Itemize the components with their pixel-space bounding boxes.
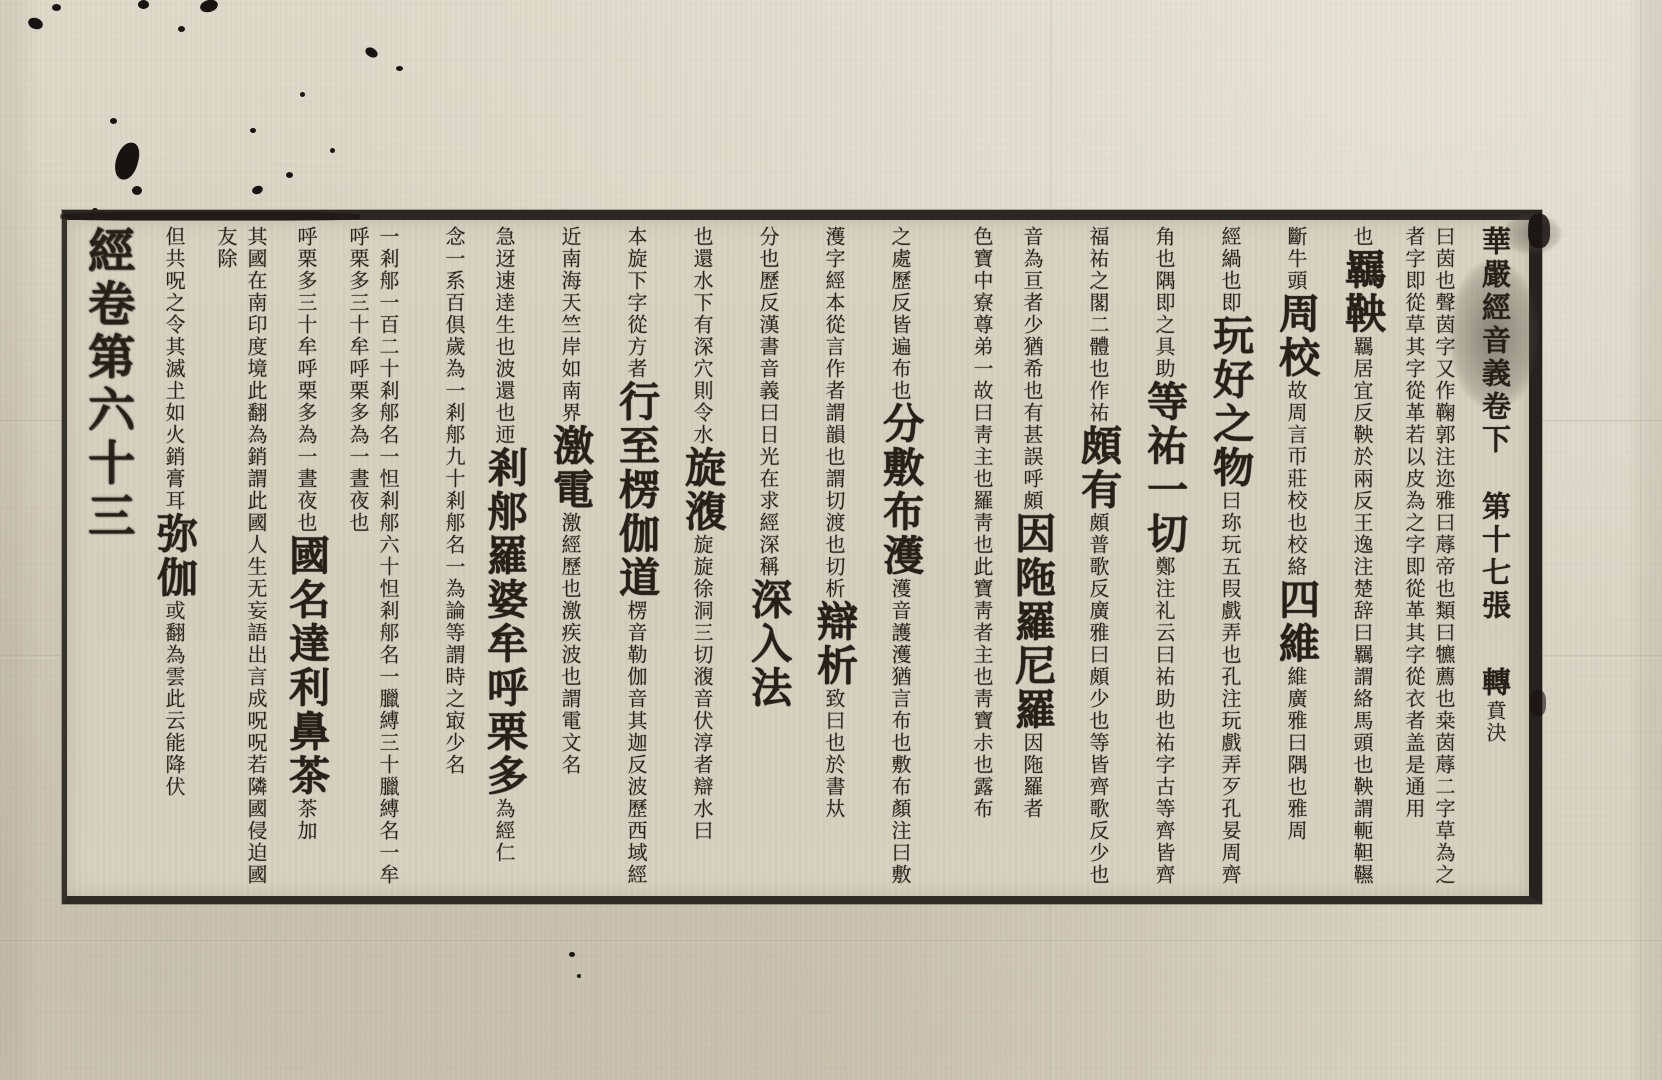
text-column: 音為亘者少猶希也有甚誤呼頗因陁羅尼羅因陁羅者 <box>1001 226 1063 892</box>
page-edge-line <box>1640 0 1643 1080</box>
annotation-text: 福祐之閣二體也作祐 <box>1086 226 1110 424</box>
text-column: 曰茵也聲茵字又作鞠郭注迩雅曰蓐帝也類曰犥薦也桒茵蓐二字草為之者字即從草其字從革若… <box>1397 226 1459 892</box>
entry-headword: 深入法 <box>744 578 792 710</box>
sheet-title-text: 轉 <box>1478 667 1512 700</box>
entry-headword: 周校 <box>1272 292 1320 380</box>
ink-spot <box>569 952 575 957</box>
ink-spot <box>110 118 117 124</box>
annotation-text: 斷牛頭 <box>1284 226 1308 292</box>
ink-spot <box>396 66 403 71</box>
annotation-text: 本旋下字從方者 <box>624 226 648 380</box>
text-column: 之處歷反皆遍布也分敷布濩濩音護濩猶言布也敷布顏注曰敷故譯俗別如露 <box>869 226 931 892</box>
entry-headword: 玩好之物 <box>1206 314 1254 490</box>
annotation-text: 也還水下有深穴則令水 <box>690 226 714 446</box>
ink-spot <box>330 148 335 153</box>
text-column: 斷牛頭周校故周言帀莊校也校絡四維維廣雅曰隅也雅周 <box>1265 226 1327 892</box>
entry-headword: 國名達利鼻茶 <box>282 534 330 798</box>
entry-headword: 激電 <box>546 424 594 512</box>
column-gap <box>1494 457 1496 491</box>
ink-spot <box>199 0 219 14</box>
scanned-page: { "page": { "kind": "woodblock-printed g… <box>0 0 1662 1080</box>
entry-headword: 剎郍羅婆牟呼栗多 <box>480 446 528 798</box>
text-column: 其國在南印度境此翻為銷謂此國人生无妄語出言成呪呪若隣國侵迫國友除 <box>209 226 271 892</box>
text-column: 也羈鞅羈居宜反鞅於兩反王逸注楚辞曰羈謂絡馬頭也鞅謂軛靼韅於馬逆迊 <box>1331 226 1393 892</box>
ink-spot <box>364 45 380 59</box>
entry-headword: 羈鞅 <box>1338 248 1386 336</box>
text-columns: 華嚴經音義卷下第十七張轉賁決曰茵也聲茵字又作鞠郭注迩雅曰蓐帝也類曰犥薦也桒茵蓐二… <box>71 226 1525 892</box>
annotation-text: 茶加 <box>294 798 318 842</box>
text-column: 福祐之閣二體也作祐頗有頗普歌反廣雅曰頗少也等皆齊歌反少也廣 <box>1067 226 1129 892</box>
annotation-text: 近南海天竺岸如南界 <box>558 226 582 424</box>
entry-headword: 行至楞伽道 <box>612 380 660 600</box>
text-column: 念一系百倶歲為一剎郍九十剎郍名一為論等謂時之㝡少名 <box>407 226 469 892</box>
entry-headword: 旋澓 <box>678 446 726 534</box>
annotation-text: 音為亘者少猶希也有甚誤呼頗 <box>1020 226 1044 512</box>
text-column: 近南海天竺岸如南界激電激經歷也激疾波也謂電文名 <box>539 226 601 892</box>
annotation-text: 致曰也於書夶 <box>822 688 846 820</box>
annotation-text: 旋旋徐洞三切澓音伏淳者辯水曰 <box>690 534 714 842</box>
annotation-text: 或翻為雲此云能降伏 <box>162 600 186 798</box>
ink-spot <box>27 16 45 31</box>
annotation-text: 急迓速逹生也波還也迊 <box>492 226 516 446</box>
entry-headword: 四維 <box>1272 578 1320 666</box>
text-column: 經緺也即玩好之物曰珎玩五叚戲弄也孔注玩戲弄歹孔妟周齊也謂礼弄書 <box>1199 226 1261 892</box>
entry-headword: 等祐一切 <box>1140 380 1188 556</box>
annotation-text: 但共呪之令其滅𡈽如火銷膏耳 <box>162 226 186 512</box>
annotation-text: 分也歷反漢書音義曰日光在求經深稱 <box>756 226 780 578</box>
text-column: 濩字經本從言作者謂韻也謂切渡也切析辯析致曰也於書夶 <box>803 226 865 892</box>
annotation-text: 曰茵也聲茵字又作鞠郭注迩雅曰蓐帝也類曰犥薦也桒茵蓐二字草為之者字即從草其字從革若… <box>1402 226 1456 886</box>
text-column: 角也隅即之具助等祐一切鄭注礼云曰祐助也祐字古等齊皆齊也普歌反 <box>1133 226 1195 892</box>
entry-headword: 頗有 <box>1074 424 1122 512</box>
annotation-text: 因陁羅者 <box>1020 732 1044 820</box>
text-column: 經卷第六十三 <box>77 226 139 892</box>
annotation-text: 故周言帀莊校也校絡 <box>1284 380 1308 578</box>
ink-spot <box>132 186 142 195</box>
annotation-text: 其國在南印度境此翻為銷謂此國人生无妄語出言成呪呪若隣國侵迫國友除 <box>214 226 268 886</box>
text-column: 也還水下有深穴則令水旋澓旋旋徐洞三切澓音伏淳者辯水曰 <box>671 226 733 892</box>
ink-spot <box>250 128 256 133</box>
entry-headword: 弥伽 <box>150 512 198 600</box>
annotation-text: 賁決 <box>1483 700 1507 744</box>
ink-spot <box>138 0 149 9</box>
annotation-text: 一剎郍一百二十剎郍名一怛剎郍六十怛剎郍名一臘縛三十臘縛名一牟呼栗多三十牟呼栗多為… <box>346 226 400 886</box>
annotation-text: 濩字經本從言作者謂韻也謂切渡也切析 <box>822 226 846 600</box>
text-column: 急迓速逹生也波還也迊剎郍羅婆牟呼栗多為經仁 <box>473 226 535 892</box>
annotation-text: 之處歷反皆遍布也 <box>888 226 912 402</box>
entry-headword: 辯析 <box>810 600 858 688</box>
annotation-text: 呼栗多三十牟呼栗多為一晝夜也 <box>294 226 318 534</box>
annotation-text: 角也隅即之具助 <box>1152 226 1176 380</box>
annotation-text: 色寶中寮尊弟一故曰靑主也羅靑也此寶靑者主也靑寶尗也露布 <box>970 226 994 820</box>
entry-headword: 因陁羅尼羅 <box>1008 512 1056 732</box>
annotation-text: 經緺也即 <box>1218 226 1242 314</box>
annotation-text: 為經仁 <box>492 798 516 864</box>
printed-text-block: 華嚴經音義卷下第十七張轉賁決曰茵也聲茵字又作鞠郭注迩雅曰蓐帝也類曰犥薦也桒茵蓐二… <box>62 210 1542 904</box>
annotation-text: 激經歷也激疾波也謂電文名 <box>558 512 582 776</box>
annotation-text: 念一系百倶歲為一剎郍九十剎郍名一為論等謂時之㝡少名 <box>442 226 466 776</box>
column-gap <box>1494 623 1496 667</box>
text-column: 華嚴經音義卷下第十七張轉賁決 <box>1463 226 1525 892</box>
text-column: 但共呪之令其滅𡈽如火銷膏耳弥伽或翻為雲此云能降伏 <box>143 226 205 892</box>
text-column: 本旋下字從方者行至楞伽道楞音勒伽音其迦反波歷西域經也 <box>605 226 667 892</box>
annotation-text: 也 <box>1350 226 1374 248</box>
entry-headword: 分敷布濩 <box>876 402 924 578</box>
ink-spot <box>286 172 293 178</box>
margin-volume-title: 經卷第六十三 <box>80 226 135 544</box>
sheet-title-text: 華嚴經音義卷下 <box>1478 226 1512 457</box>
ink-spot <box>300 92 305 97</box>
ink-blot <box>112 140 141 182</box>
ink-spot <box>178 26 185 32</box>
text-column: 分也歷反漢書音義曰日光在求經深稱深入法 <box>737 226 799 892</box>
ink-spot <box>52 4 61 11</box>
ink-spot <box>577 974 581 978</box>
text-column: 色寶中寮尊弟一故曰靑主也羅靑也此寶靑者主也靑寶尗也露布 <box>935 226 997 892</box>
text-column: 呼栗多三十牟呼栗多為一晝夜也國名達利鼻茶茶加 <box>275 226 337 892</box>
ink-spot <box>251 184 264 195</box>
annotation-text: 維廣雅曰隅也雅周 <box>1284 666 1308 842</box>
sheet-title-text: 第十七張 <box>1478 491 1512 623</box>
horizontal-crease <box>0 940 1662 943</box>
text-column: 一剎郍一百二十剎郍名一怛剎郍六十怛剎郍名一臘縛三十臘縛名一牟呼栗多三十牟呼栗多為… <box>341 226 403 892</box>
